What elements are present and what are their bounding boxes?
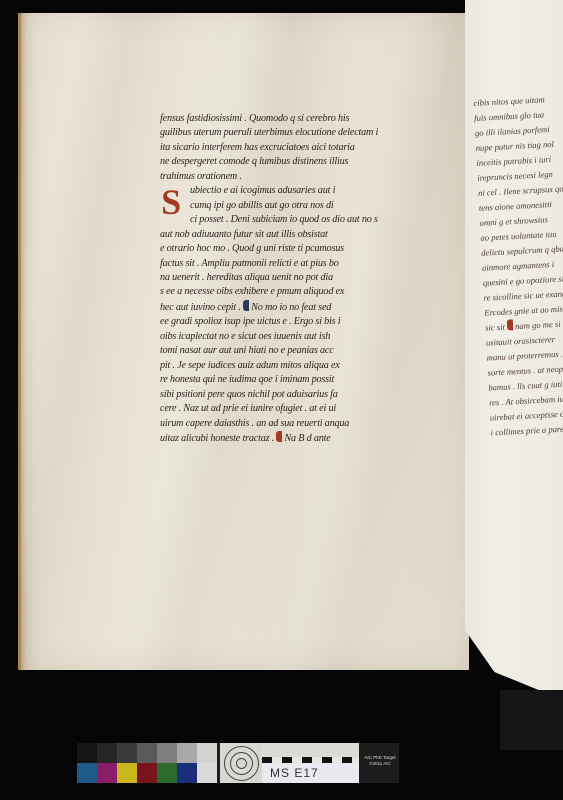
gray-swatch — [157, 743, 177, 763]
text-line: aut nob adiuuanto futur sit aut illis ob… — [160, 228, 392, 242]
text-line: factus sit . Ampliu patmonii relicti e a… — [160, 257, 392, 271]
text-span: nam go me si — [515, 319, 561, 331]
credit-line: ©2011 AIC — [361, 761, 399, 767]
text-line: guilibus uterum pueruli uterbimus elocut… — [160, 126, 392, 140]
gray-swatch — [117, 743, 137, 763]
gray-swatch — [197, 743, 217, 763]
text-line: tomi nasat aur aut uni hiati no e peania… — [160, 344, 392, 358]
gray-swatch — [137, 743, 157, 763]
text-span: uitaz alicubi honeste tractaz . — [160, 433, 274, 444]
text-line: cere . Naz ut ad prie ei iunire ofugiet … — [160, 402, 392, 416]
text-span: Na B d ante — [284, 433, 330, 444]
text-line: cumq ipi go abillis aut go otra nos di — [190, 199, 392, 213]
decorated-initial: S — [156, 185, 186, 219]
focus-target-icon — [220, 743, 262, 783]
text-line: hec aut iuvino cepit . No mo io no feat … — [160, 300, 392, 315]
color-swatch — [157, 763, 177, 783]
text-line: sibi psitioni pere quos nichil pot aduis… — [160, 388, 392, 402]
text-line: pit . Je sepe iudices auiz adum mitos al… — [160, 359, 392, 373]
text-line: ubiectio e ai icogimus adusaries aut i — [190, 184, 392, 198]
color-swatch — [137, 763, 157, 783]
text-line: e otrario hoc mo . Quod g uni riste ti p… — [160, 242, 392, 256]
color-swatch — [177, 763, 197, 783]
color-calibration-target: MS E17 AIC PhD Target ©2011 AIC — [77, 743, 399, 783]
gray-swatch — [97, 743, 117, 763]
color-swatch — [117, 763, 137, 783]
text-line: fensus fastidiosissimi . Quomodo q si ce… — [160, 112, 392, 126]
color-swatch — [97, 763, 117, 783]
text-line: na uenerit . hereditas aliqua uenit no p… — [160, 271, 392, 285]
shelfmark-label: MS E17 — [262, 763, 359, 783]
paragraph-with-initial: S ubiectio e ai icogimus adusaries aut i… — [160, 184, 392, 446]
text-span: No mo io no feat sed — [251, 302, 331, 313]
text-line: s ee a necesse oibs exhibere e pmum aliq… — [160, 285, 392, 299]
left-page-text-block: fensus fastidiosissimi . Quomodo q si ce… — [160, 112, 392, 446]
text-line: ita sicario interferem has excruciatoes … — [160, 141, 392, 155]
text-line: ci posset . Deni subiciam io quod os dio… — [190, 213, 392, 227]
paragraph-mark-icon — [276, 431, 282, 442]
text-line: oibs icaplectat no e sicut oes iuuenis a… — [160, 330, 392, 344]
text-line: trahimus orationem . — [160, 170, 392, 184]
color-swatch — [197, 763, 217, 783]
gray-swatch — [177, 743, 197, 763]
target-credit: AIC PhD Target ©2011 AIC — [361, 755, 399, 767]
text-line: re honesta qui ne iudima qoe i iminam po… — [160, 373, 392, 387]
paragraph-mark-icon — [507, 319, 514, 330]
page-shadow — [500, 690, 563, 750]
text-line: ee gradi spolioz isup ipe uictus e . Erg… — [160, 315, 392, 329]
text-span: sic sit — [485, 322, 505, 333]
text-span: hec aut iuvino cepit . — [160, 302, 241, 313]
text-line: ne despergeret comode q lumibus distinen… — [160, 155, 392, 169]
gray-swatch — [77, 743, 97, 763]
color-swatch — [77, 763, 97, 783]
text-line: uitaz alicubi honeste tractaz . Na B d a… — [160, 431, 392, 446]
text-line: uirum capere daiasthis . an ad sua reuer… — [160, 417, 392, 431]
paragraph-mark-icon — [243, 300, 249, 311]
